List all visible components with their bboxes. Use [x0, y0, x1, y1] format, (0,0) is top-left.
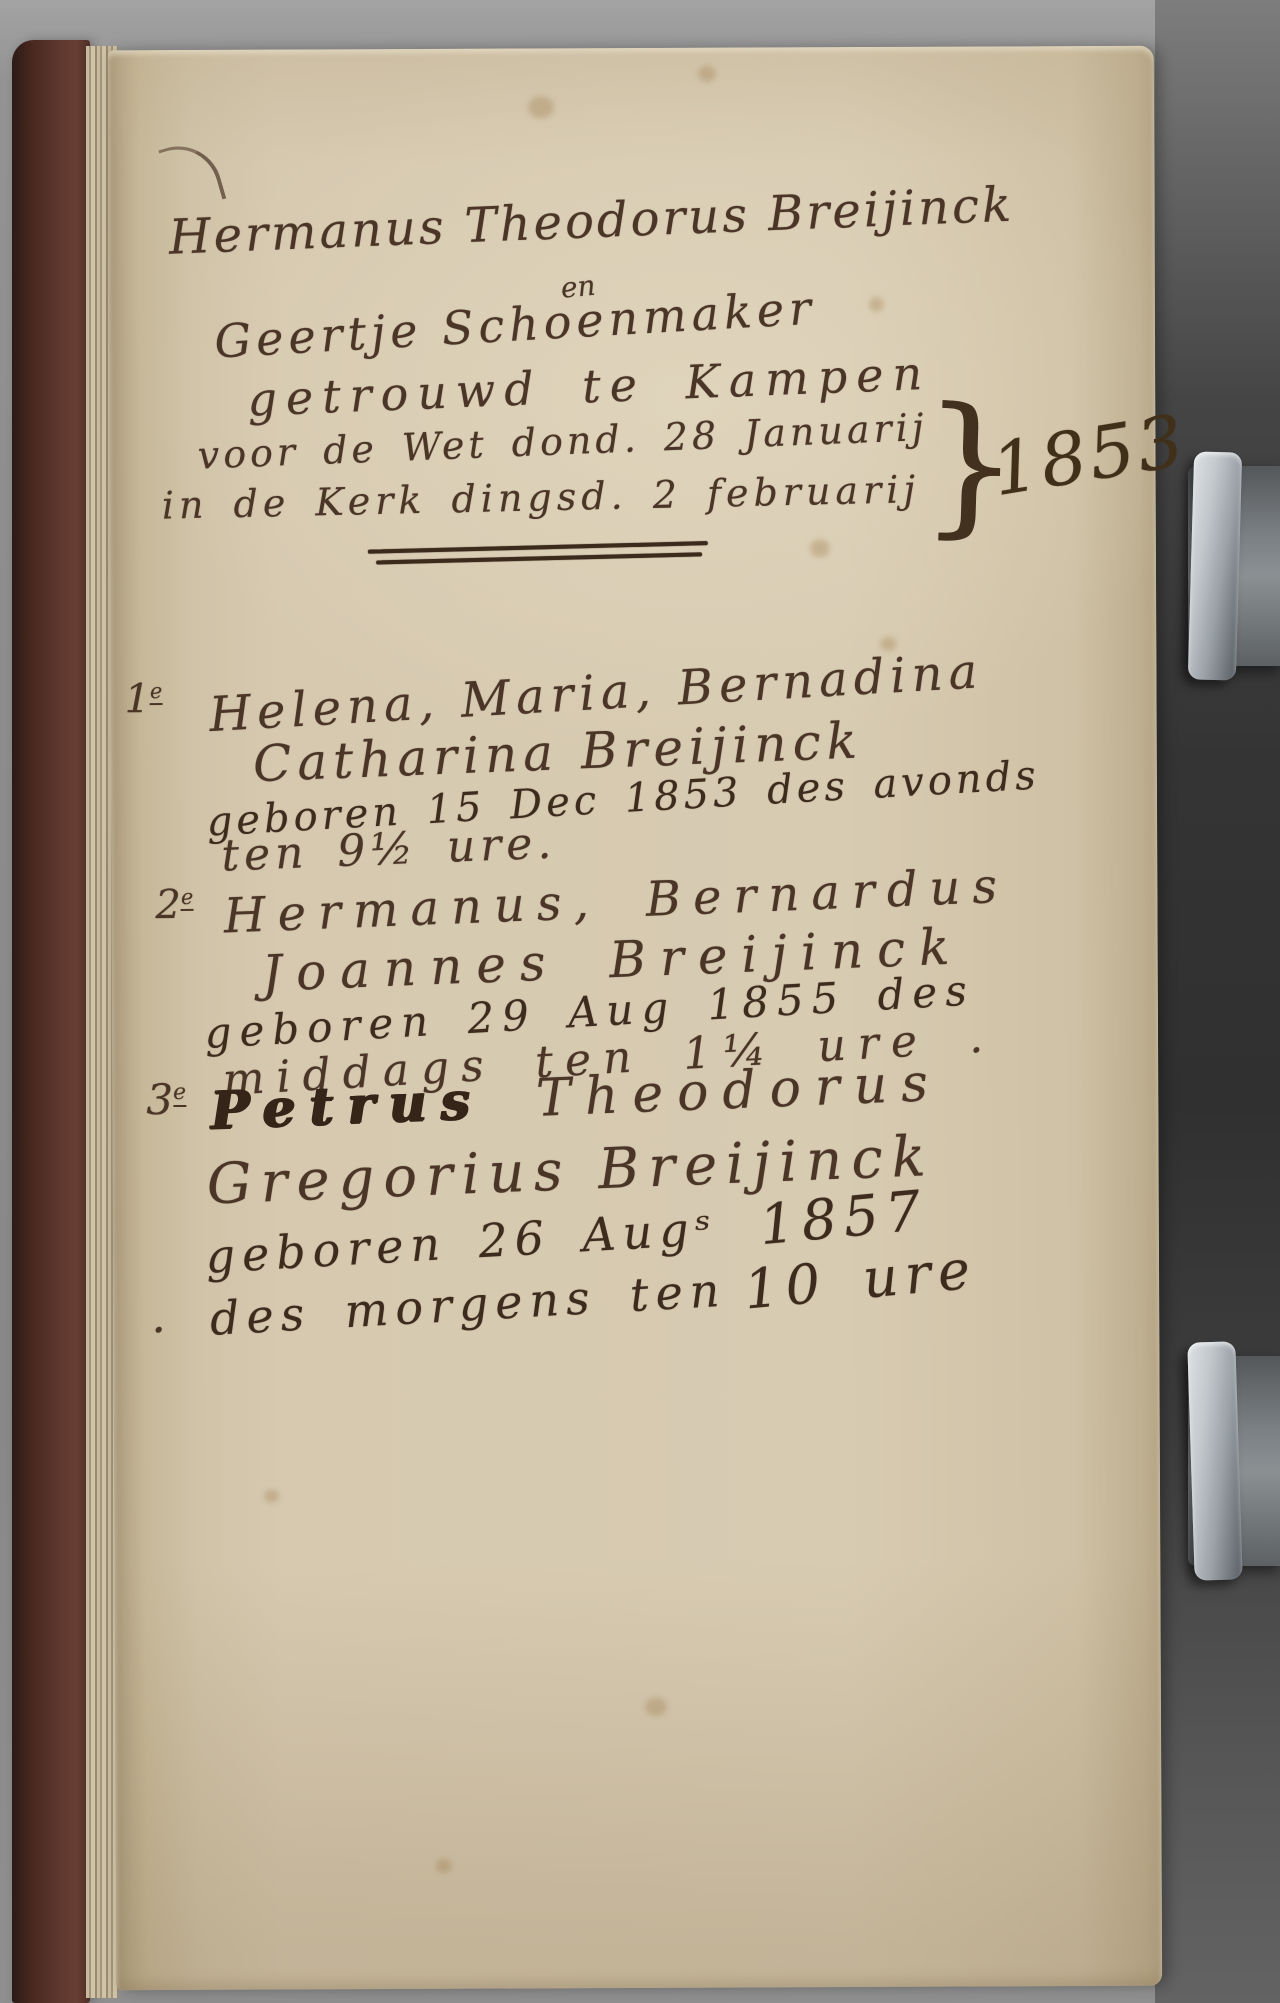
- foxing-spot: [698, 66, 716, 82]
- underline-bar: [368, 541, 708, 554]
- foxing-spot: [810, 539, 830, 557]
- book-clasp-bottom: [1185, 1342, 1280, 1580]
- foxing-spot: [436, 1859, 452, 1873]
- pen-flourish: [158, 136, 226, 213]
- groom-name: Hermanus Theodorus Breijinck: [168, 180, 1015, 264]
- book-cover-spine: [12, 40, 90, 2003]
- ordinal-suffix: e: [181, 885, 193, 911]
- entry-number-value: 1: [125, 676, 151, 722]
- background-shadow: [1155, 0, 1280, 2003]
- leading-mark: .: [151, 1292, 166, 1340]
- entry-number: 2e: [155, 884, 193, 926]
- church-marriage-line: in de Kerk dingsd. 2 februarij: [161, 470, 920, 526]
- clasp-plate: [1188, 451, 1242, 680]
- entry-number-value: 2: [155, 882, 181, 928]
- foxing-spot: [264, 1490, 279, 1503]
- time-line: ten 9½ ure.: [220, 821, 557, 880]
- book-clasp-top: [1185, 452, 1280, 680]
- foxing-spot: [645, 1698, 667, 1716]
- child-name-bold: Petrus: [209, 1070, 484, 1142]
- entry-number: 1e: [125, 678, 163, 720]
- foxing-spot: [528, 96, 554, 118]
- ordinal-suffix: e: [150, 679, 162, 705]
- foxing-spot: [869, 297, 884, 312]
- book-photo: Hermanus Theodorus Breijinck en Geertje …: [0, 0, 1280, 2003]
- entry-number-value: 3: [146, 1075, 173, 1124]
- flourish-underline: [368, 541, 708, 565]
- underline-bar: [376, 552, 702, 564]
- book-page: Hermanus Theodorus Breijinck en Geertje …: [108, 46, 1162, 1991]
- entry-number: 3e: [146, 1078, 186, 1122]
- ordinal-suffix: e: [173, 1080, 186, 1107]
- clasp-plate: [1187, 1341, 1242, 1580]
